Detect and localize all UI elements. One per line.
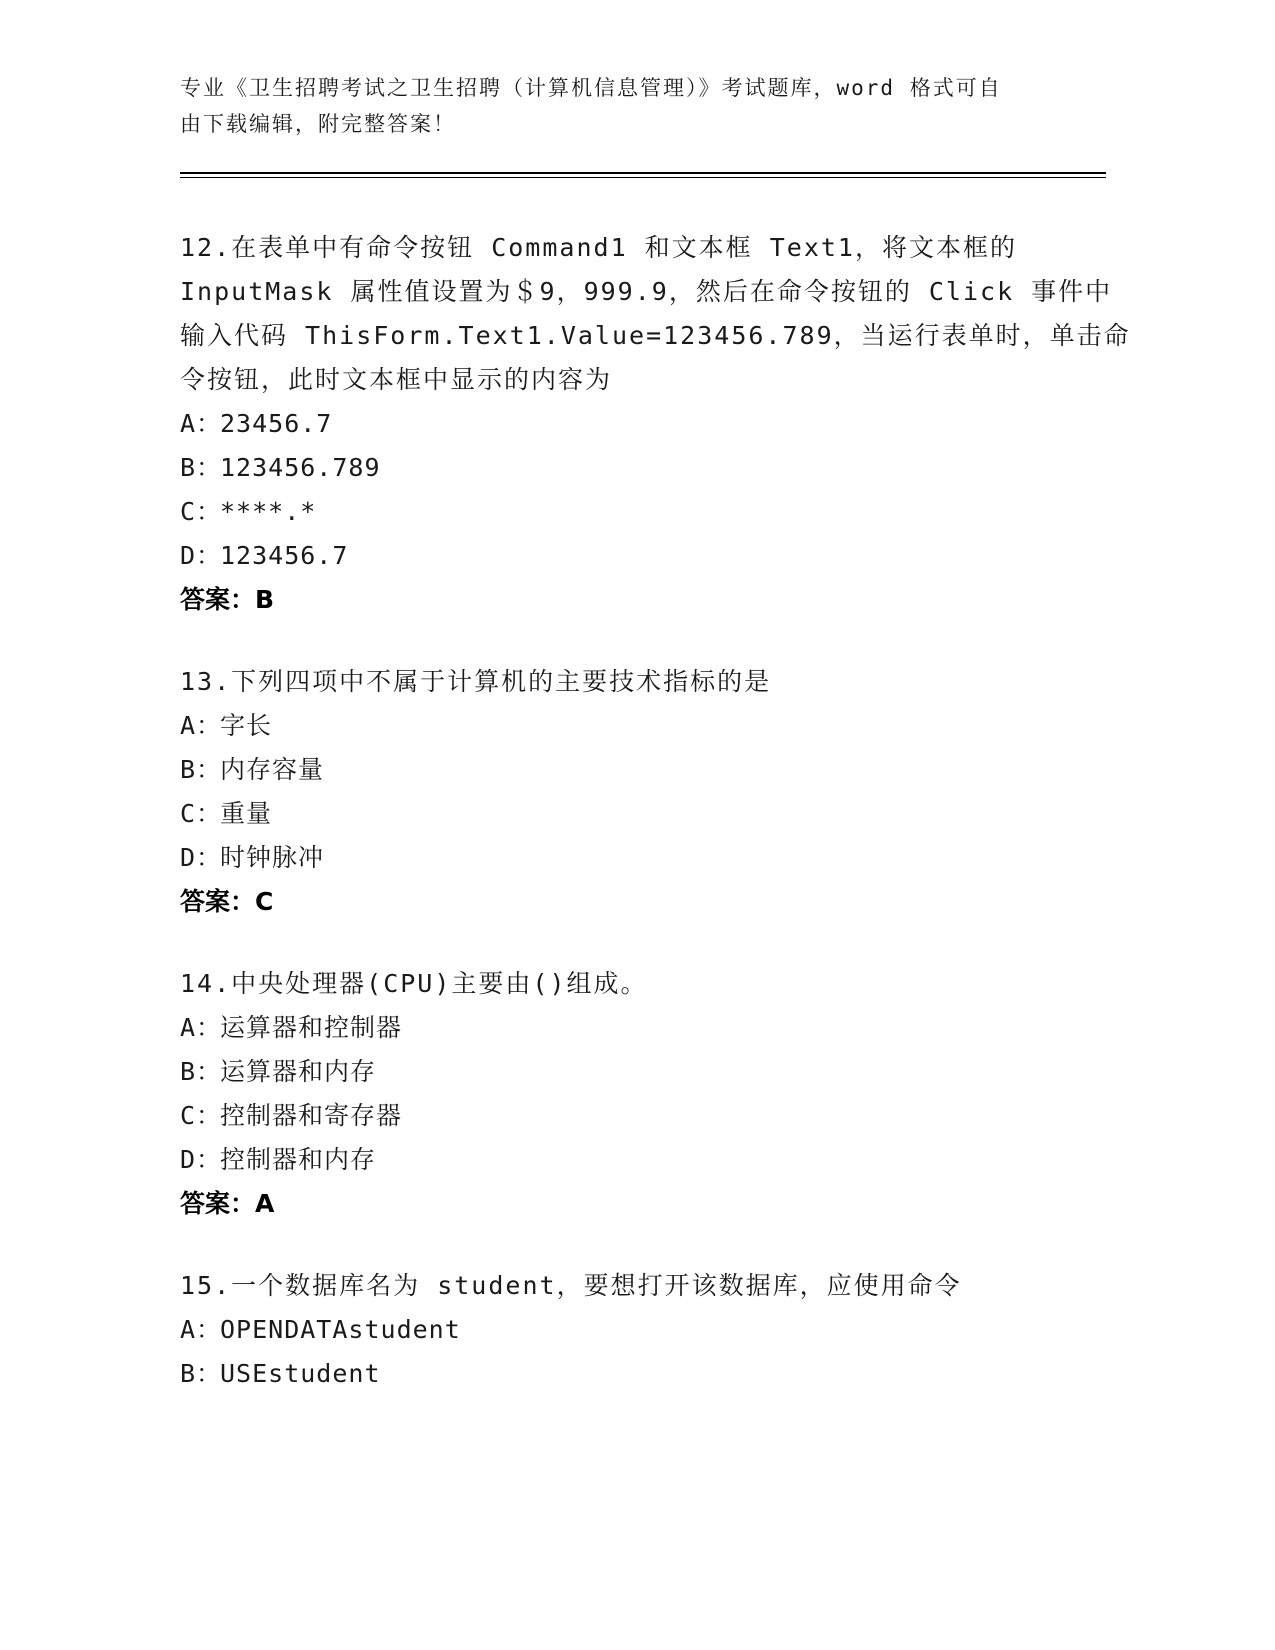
- option-d: D：控制器和内存: [180, 1138, 1050, 1182]
- option-text: 运算器和控制器: [220, 1013, 402, 1042]
- option-a: A：23456.7: [180, 402, 1050, 446]
- option-a: A：OPENDATAstudent: [180, 1308, 1050, 1352]
- option-d: D：123456.7: [180, 534, 1050, 578]
- stem-line: 令按钮，此时文本框中显示的内容为: [180, 358, 1050, 402]
- stem-line: 14.中央处理器(CPU)主要由()组成。: [180, 962, 1050, 1006]
- option-text: 控制器和内存: [220, 1145, 376, 1174]
- option-key: D：: [180, 1138, 220, 1182]
- option-key: C：: [180, 1094, 220, 1138]
- option-key: A：: [180, 402, 220, 446]
- option-text: 内存容量: [220, 755, 324, 784]
- option-text: 23456.7: [220, 409, 332, 438]
- option-key: C：: [180, 490, 220, 534]
- question-stem: 13.下列四项中不属于计算机的主要技术指标的是: [180, 660, 1050, 704]
- option-key: A：: [180, 1006, 220, 1050]
- option-c: C：重量: [180, 792, 1050, 836]
- option-text: 123456.7: [220, 541, 348, 570]
- question-12: 12.在表单中有命令按钮 Command1 和文本框 Text1，将文本框的 I…: [180, 226, 1050, 622]
- stem-line: 15.一个数据库名为 student，要想打开该数据库，应使用命令: [180, 1264, 1050, 1308]
- option-key: C：: [180, 792, 220, 836]
- option-text: USEstudent: [220, 1359, 381, 1388]
- question-13: 13.下列四项中不属于计算机的主要技术指标的是 A：字长 B：内存容量 C：重量…: [180, 660, 1050, 924]
- option-c: C：****.*: [180, 490, 1050, 534]
- option-key: B：: [180, 748, 220, 792]
- stem-line: 13.下列四项中不属于计算机的主要技术指标的是: [180, 660, 1050, 704]
- option-text: 字长: [220, 711, 272, 740]
- option-key: B：: [180, 1050, 220, 1094]
- option-d: D：时钟脉冲: [180, 836, 1050, 880]
- question-stem: 15.一个数据库名为 student，要想打开该数据库，应使用命令: [180, 1264, 1050, 1308]
- option-key: A：: [180, 704, 220, 748]
- stem-line: 12.在表单中有命令按钮 Command1 和文本框 Text1，将文本框的: [180, 226, 1050, 270]
- header-line-1: 专业《卫生招聘考试之卫生招聘（计算机信息管理）》考试题库，word 格式可自: [180, 70, 1060, 106]
- option-key: D：: [180, 836, 220, 880]
- option-text: ****.*: [220, 497, 316, 526]
- question-14: 14.中央处理器(CPU)主要由()组成。 A：运算器和控制器 B：运算器和内存…: [180, 962, 1050, 1226]
- option-text: 运算器和内存: [220, 1057, 376, 1086]
- question-15: 15.一个数据库名为 student，要想打开该数据库，应使用命令 A：OPEN…: [180, 1264, 1050, 1396]
- question-stem: 12.在表单中有命令按钮 Command1 和文本框 Text1，将文本框的 I…: [180, 226, 1050, 402]
- header-divider-thick: [180, 172, 1106, 174]
- stem-line: 输入代码 ThisForm.Text1.Value=123456.789，当运行…: [180, 314, 1050, 358]
- option-c: C：控制器和寄存器: [180, 1094, 1050, 1138]
- option-key: D：: [180, 534, 220, 578]
- option-b: B：123456.789: [180, 446, 1050, 490]
- option-text: 时钟脉冲: [220, 843, 324, 872]
- stem-line: InputMask 属性值设置为＄9，999.9，然后在命令按钮的 Click …: [180, 270, 1050, 314]
- question-stem: 14.中央处理器(CPU)主要由()组成。: [180, 962, 1050, 1006]
- option-b: B：USEstudent: [180, 1352, 1050, 1396]
- question-list: 12.在表单中有命令按钮 Command1 和文本框 Text1，将文本框的 I…: [180, 226, 1050, 1434]
- option-a: A：字长: [180, 704, 1050, 748]
- header-line-2: 由下载编辑，附完整答案！: [180, 106, 1060, 142]
- option-text: 控制器和寄存器: [220, 1101, 402, 1130]
- option-text: 重量: [220, 799, 272, 828]
- option-text: 123456.789: [220, 453, 381, 482]
- option-key: B：: [180, 446, 220, 490]
- option-b: B：内存容量: [180, 748, 1050, 792]
- document-header: 专业《卫生招聘考试之卫生招聘（计算机信息管理）》考试题库，word 格式可自 由…: [180, 70, 1060, 142]
- option-key: A：: [180, 1308, 220, 1352]
- header-divider-thin: [180, 177, 1106, 178]
- option-text: OPENDATAstudent: [220, 1315, 461, 1344]
- answer: 答案：B: [180, 578, 1050, 622]
- option-b: B：运算器和内存: [180, 1050, 1050, 1094]
- answer: 答案：A: [180, 1182, 1050, 1226]
- answer: 答案：C: [180, 880, 1050, 924]
- option-a: A：运算器和控制器: [180, 1006, 1050, 1050]
- option-key: B：: [180, 1352, 220, 1396]
